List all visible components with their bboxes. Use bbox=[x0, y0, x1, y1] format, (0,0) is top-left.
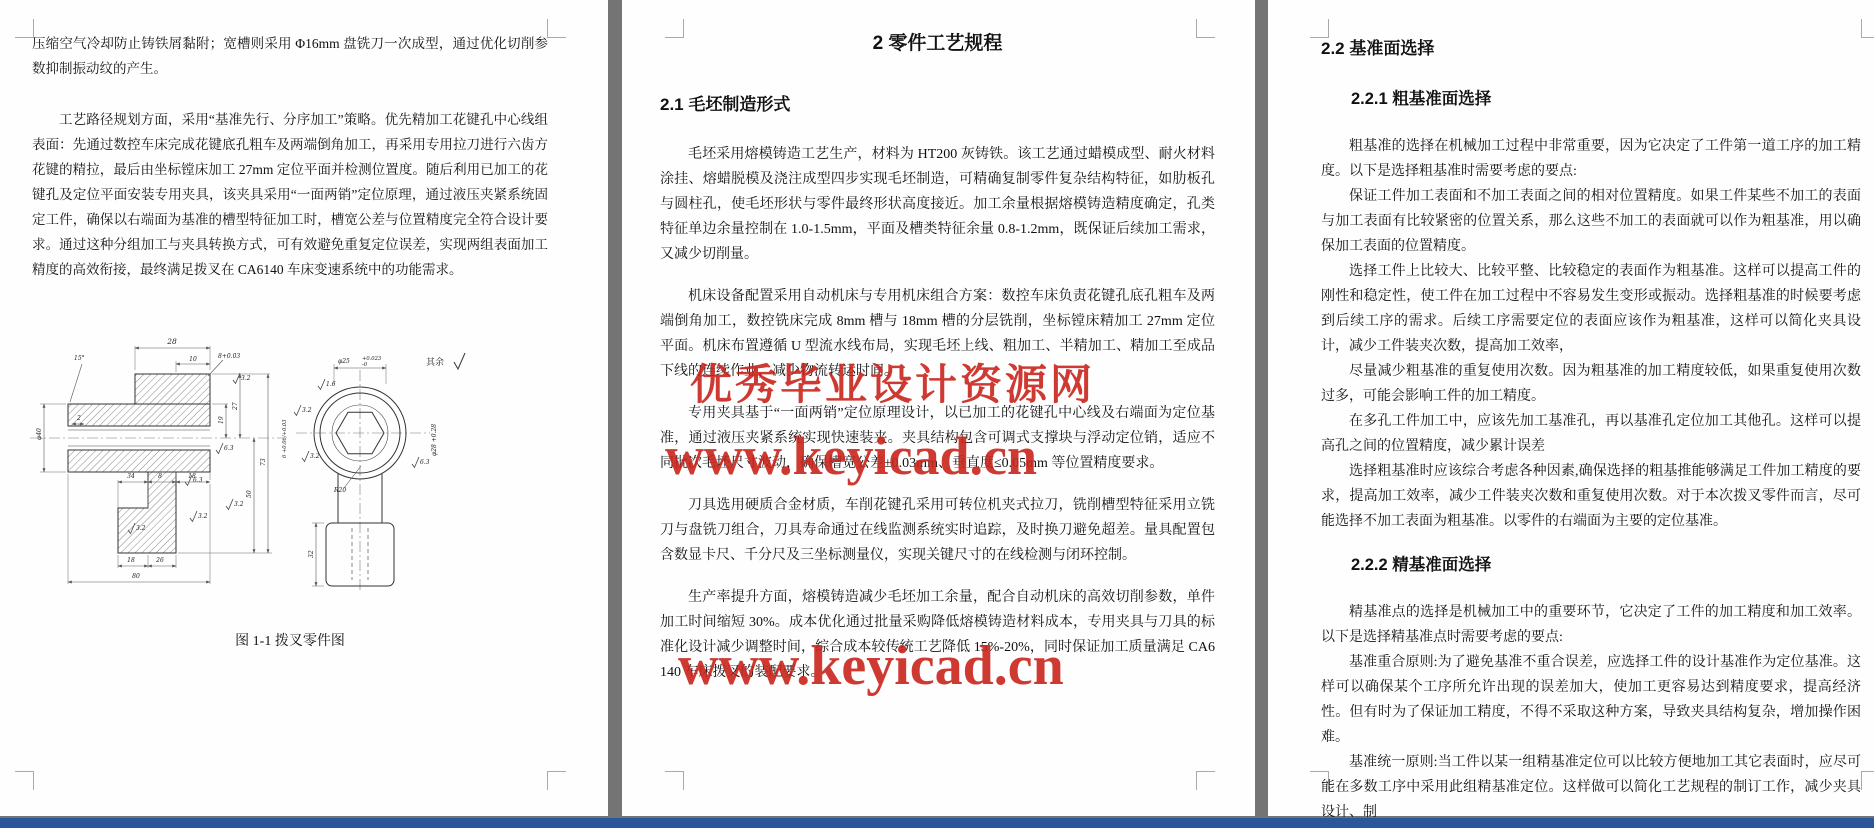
svg-text:φ25: φ25 bbox=[338, 358, 350, 365]
watermark-url-bottom: www.keyicad.cn bbox=[678, 634, 1064, 698]
svg-text:32: 32 bbox=[308, 550, 315, 558]
svg-text:-0: -0 bbox=[362, 362, 368, 368]
subsection-heading-2-2-2: 2.2.2 精基准面选择 bbox=[1321, 552, 1861, 578]
chapter-title: 2 零件工艺规程 bbox=[660, 30, 1215, 58]
paragraph: 基准统一原则:当工件以某一组精基准定位可以比较方便地加工其它表面时，应尽可能在多… bbox=[1321, 750, 1861, 825]
paragraph: 选择粗基准时应该综合考虑各种因素,确保选择的粗基推能够满足工件加工精度的要求，提… bbox=[1321, 459, 1861, 534]
svg-text:3.2: 3.2 bbox=[234, 501, 244, 508]
side-view: φ25 +0.023 -0 其余 1.6 3.2 3.2 6.3 6 +0.06… bbox=[282, 353, 465, 593]
svg-text:φ28 +0.28: φ28 +0.28 bbox=[431, 424, 438, 456]
svg-text:80: 80 bbox=[132, 573, 140, 580]
paragraph: 工艺路径规划方面，采用“基准先行、分序加工”策略。优先精加工花键孔中心线组表面：… bbox=[32, 107, 548, 282]
paragraph: 保证工件加工表面和不加工表面之间的相对位置精度。如果工件某些不加工的表面与加工表… bbox=[1321, 184, 1861, 259]
svg-text:19: 19 bbox=[218, 416, 225, 424]
paragraph: 压缩空气冷却防止铸铁屑黏附；宽槽则采用 Φ16mm 盘铣刀一次成型，通过优化切削… bbox=[32, 31, 548, 81]
svg-text:34: 34 bbox=[127, 473, 135, 480]
page3-text-column: 2.2 基准面选择 2.2.1 粗基准面选择 粗基准的选择在机械加工过程中非常重… bbox=[1321, 36, 1861, 825]
svg-text:3.2: 3.2 bbox=[310, 453, 320, 460]
section-heading-2-2: 2.2 基准面选择 bbox=[1321, 36, 1861, 62]
watermark-site-name: 优秀毕业设计资源网 bbox=[690, 352, 1095, 412]
front-section-view: 28 10 8+0.03 15° 3.2 19 27 2 bbox=[30, 337, 282, 584]
svg-text:73: 73 bbox=[260, 458, 267, 466]
margin-mark bbox=[1196, 771, 1215, 790]
page1-text-column: 压缩空气冷却防止铸铁屑黏附；宽槽则采用 Φ16mm 盘铣刀一次成型，通过优化切削… bbox=[32, 31, 548, 308]
svg-text:3.2: 3.2 bbox=[198, 513, 208, 520]
paragraph: 尽量减少粗基准的重复使用次数。因为粗基准的加工精度较低，如果重复使用次数过多，可… bbox=[1321, 359, 1861, 409]
rest-roughness-label: 其余 bbox=[426, 356, 444, 368]
paragraph: 在多孔工件加工中，应该先加工基准孔，再以基准孔定位加工其他孔。这样可以提高孔之间… bbox=[1321, 409, 1861, 459]
svg-text:28: 28 bbox=[166, 337, 177, 346]
svg-text:1.6: 1.6 bbox=[326, 381, 336, 388]
paragraph: 选择工件上比较大、比较平整、比较稳定的表面作为粗基准。这样可以提高工件的刚性和稳… bbox=[1321, 259, 1861, 359]
svg-text:3.2: 3.2 bbox=[136, 525, 146, 532]
paragraph: 精基准点的选择是机械加工中的重要环节，它决定了工件的加工精度和加工效率。以下是选… bbox=[1321, 600, 1861, 650]
fork-part-drawing: 28 10 8+0.03 15° 3.2 19 27 2 bbox=[30, 318, 480, 598]
margin-mark bbox=[1861, 19, 1874, 38]
svg-text:3.2: 3.2 bbox=[302, 407, 312, 414]
document-workspace[interactable]: 压缩空气冷却防止铸铁屑黏附；宽槽则采用 Φ16mm 盘铣刀一次成型，通过优化切削… bbox=[0, 0, 1874, 828]
margin-mark bbox=[547, 19, 566, 38]
svg-text:6 +0.06/+0.03: 6 +0.06/+0.03 bbox=[282, 419, 288, 458]
svg-text:6.3: 6.3 bbox=[224, 445, 234, 452]
svg-text:φ40: φ40 bbox=[36, 428, 43, 440]
margin-mark bbox=[547, 771, 566, 790]
svg-text:8: 8 bbox=[158, 473, 162, 480]
svg-text:10: 10 bbox=[189, 356, 197, 363]
section-heading-2-1: 2.1 毛坯制造形式 bbox=[660, 92, 1215, 118]
paragraph: 刀具选用硬质合金材质，车削花键孔采用可转位机夹式拉刀，铣削槽型特征采用立铣刀与盘… bbox=[660, 493, 1215, 568]
bottom-bar[interactable] bbox=[0, 818, 1874, 828]
svg-text:3.2: 3.2 bbox=[241, 375, 251, 382]
watermark-url-middle: www.keyicad.cn bbox=[665, 425, 1037, 487]
svg-text:18: 18 bbox=[127, 557, 135, 564]
svg-text:50: 50 bbox=[246, 490, 253, 498]
paragraph: 毛坯采用熔模铸造工艺生产，材料为 HT200 灰铸铁。该工艺通过蜡模成型、耐火材… bbox=[660, 142, 1215, 267]
svg-text:8+0.03: 8+0.03 bbox=[218, 353, 240, 360]
margin-mark bbox=[15, 771, 34, 790]
figure-caption: 图 1-1 拨叉零件图 bbox=[32, 630, 548, 650]
svg-text:18: 18 bbox=[188, 473, 196, 480]
svg-text:27: 27 bbox=[232, 402, 239, 411]
margin-mark bbox=[1861, 771, 1874, 790]
margin-mark bbox=[665, 771, 684, 790]
paragraph: 粗基准的选择在机械加工过程中非常重要，因为它决定了工件第一道工序的加工精度。以下… bbox=[1321, 134, 1861, 184]
paragraph: 基准重合原则:为了避免基准不重合误差，应选择工件的设计基准作为定位基准。这样可以… bbox=[1321, 650, 1861, 750]
svg-text:6.3: 6.3 bbox=[420, 459, 430, 466]
svg-text:26: 26 bbox=[155, 557, 164, 564]
subsection-heading-2-2-1: 2.2.1 粗基准面选择 bbox=[1321, 86, 1861, 112]
part-drawing-figure: 28 10 8+0.03 15° 3.2 19 27 2 bbox=[30, 318, 480, 598]
svg-text:2: 2 bbox=[76, 415, 81, 422]
svg-text:15°: 15° bbox=[74, 355, 85, 362]
